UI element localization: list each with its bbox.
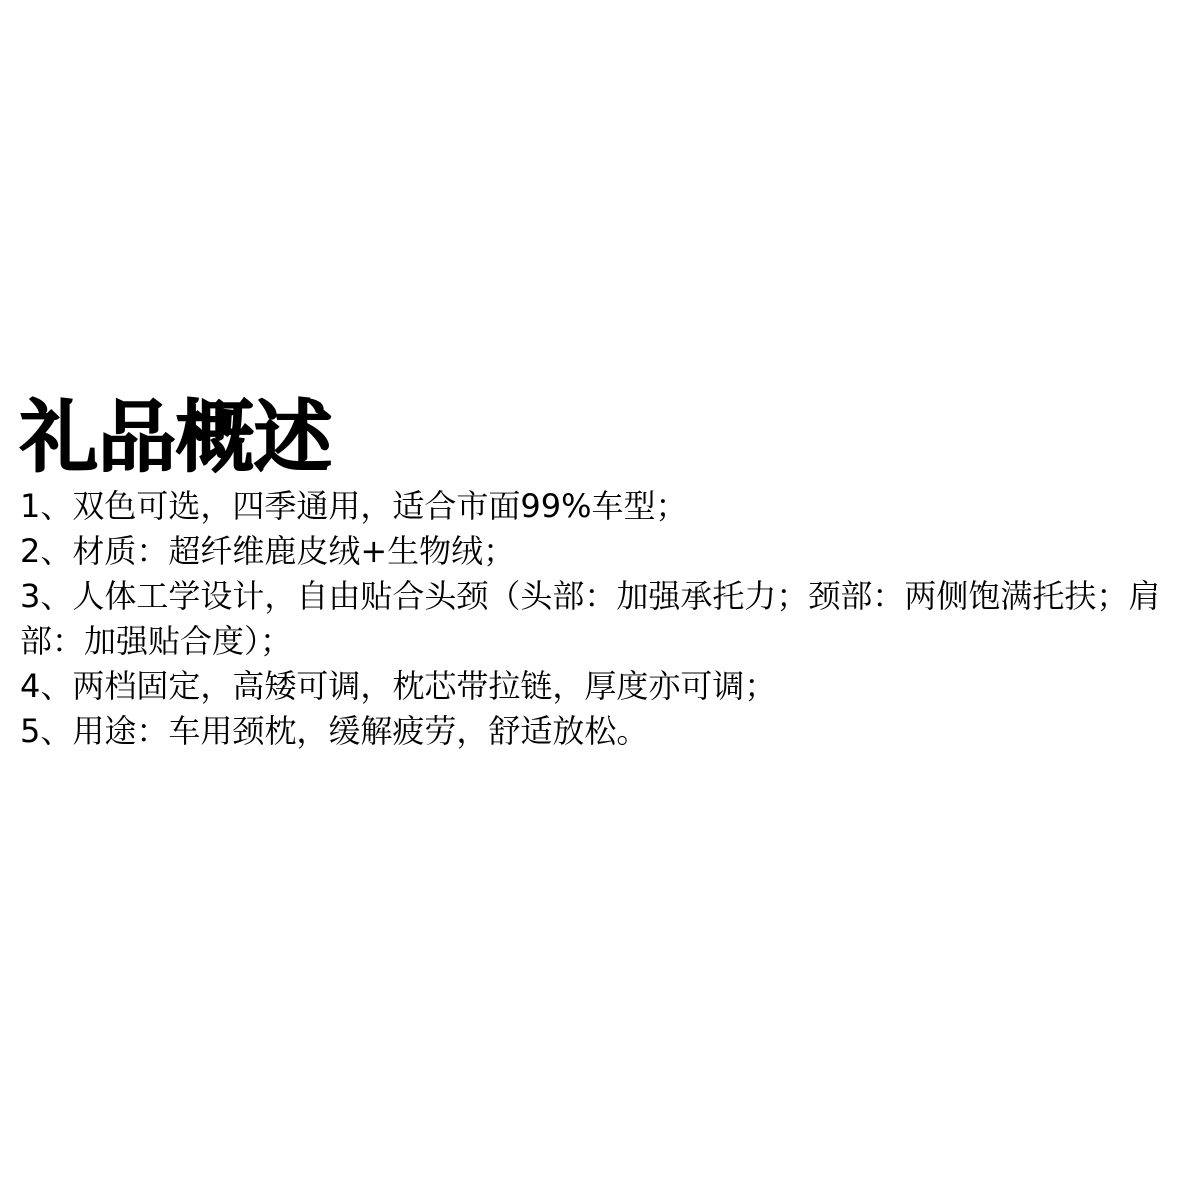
feature-item-colors: 1、双色可选，四季通用，适合市面99%车型； — [20, 484, 1180, 529]
feature-item-ergonomic-design: 3、人体工学设计，自由贴合头颈（头部：加强承托力；颈部：两侧饱满托扶；肩部：加强… — [20, 574, 1180, 664]
page-title: 礼品概述 — [20, 392, 1180, 484]
feature-item-usage: 5、用途：车用颈枕，缓解疲劳，舒适放松。 — [20, 709, 1180, 754]
gift-overview-section: 礼品概述 1、双色可选，四季通用，适合市面99%车型； 2、材质：超纤维鹿皮绒+… — [20, 392, 1180, 754]
feature-item-adjustable: 4、两档固定，高矮可调，枕芯带拉链，厚度亦可调； — [20, 664, 1180, 709]
feature-item-material: 2、材质：超纤维鹿皮绒+生物绒； — [20, 529, 1180, 574]
feature-list: 1、双色可选，四季通用，适合市面99%车型； 2、材质：超纤维鹿皮绒+生物绒； … — [20, 484, 1180, 754]
